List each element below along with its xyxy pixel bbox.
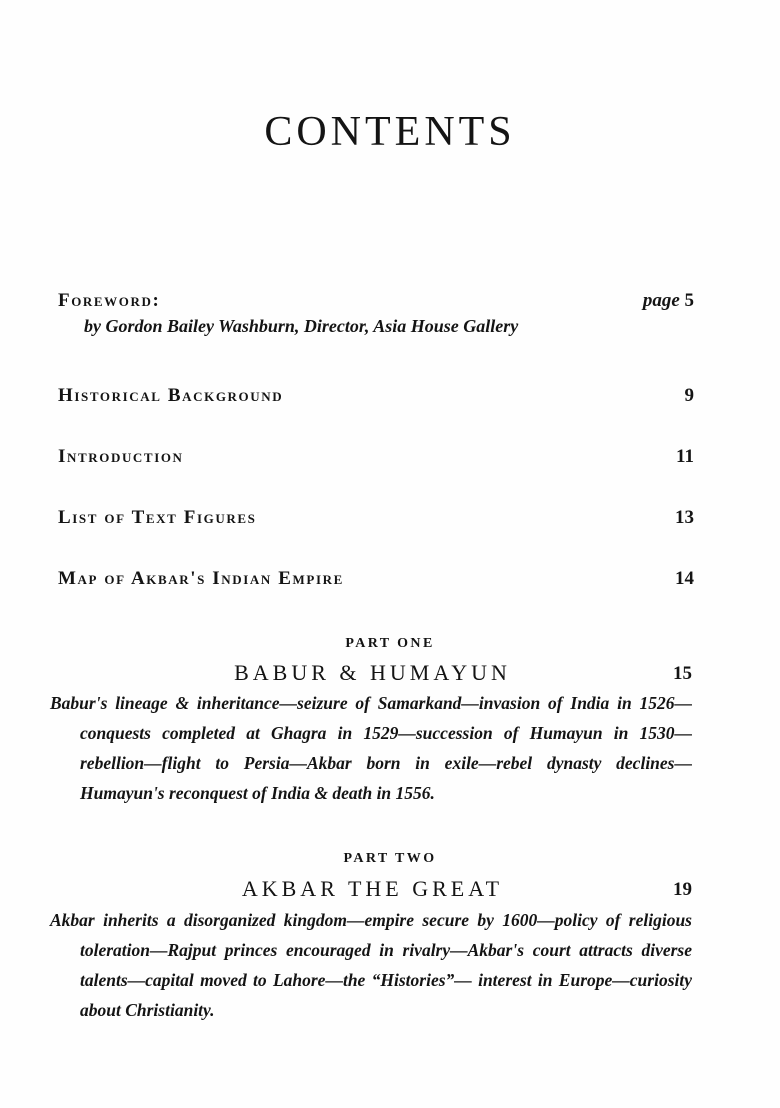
toc-entry-introduction[interactable]: Introduction 11 [58, 446, 694, 468]
part-one-summary: Babur's lineage & inheritance—seizure of… [50, 688, 692, 808]
toc-entry-list-of-text-figures[interactable]: List of Text Figures 13 [58, 507, 694, 529]
toc-entry-map[interactable]: Map of Akbar's Indian Empire 14 [58, 568, 694, 590]
page-title: CONTENTS [0, 108, 780, 156]
entry-page: 13 [675, 507, 694, 529]
part-two-label: PART TWO [0, 851, 780, 867]
part-two-title[interactable]: AKBAR THE GREAT [0, 876, 745, 902]
part-one-title[interactable]: BABUR & HUMAYUN [0, 660, 745, 686]
entry-page: 11 [676, 446, 694, 468]
entry-label: Introduction [58, 446, 694, 468]
entry-page: page 5 [643, 290, 694, 312]
page-number: 5 [685, 290, 695, 311]
entry-page: 9 [685, 385, 695, 407]
entry-byline: by Gordon Bailey Washburn, Director, Asi… [58, 316, 694, 337]
entry-label: Map of Akbar's Indian Empire [58, 568, 694, 590]
entry-label: Historical Background [58, 385, 694, 407]
entry-page: 14 [675, 568, 694, 590]
page-prefix: page [643, 290, 680, 311]
toc-entry-historical-background[interactable]: Historical Background 9 [58, 385, 694, 407]
part-one-page: 15 [673, 663, 692, 685]
part-two-page: 19 [673, 879, 692, 901]
entry-label: List of Text Figures [58, 507, 694, 529]
entry-label: Foreword: [58, 290, 694, 312]
part-one-label: PART ONE [0, 636, 780, 652]
toc-entry-foreword[interactable]: Foreword: page 5 by Gordon Bailey Washbu… [58, 290, 694, 337]
part-two-summary: Akbar inherits a disorganized kingdom—em… [50, 905, 692, 1025]
